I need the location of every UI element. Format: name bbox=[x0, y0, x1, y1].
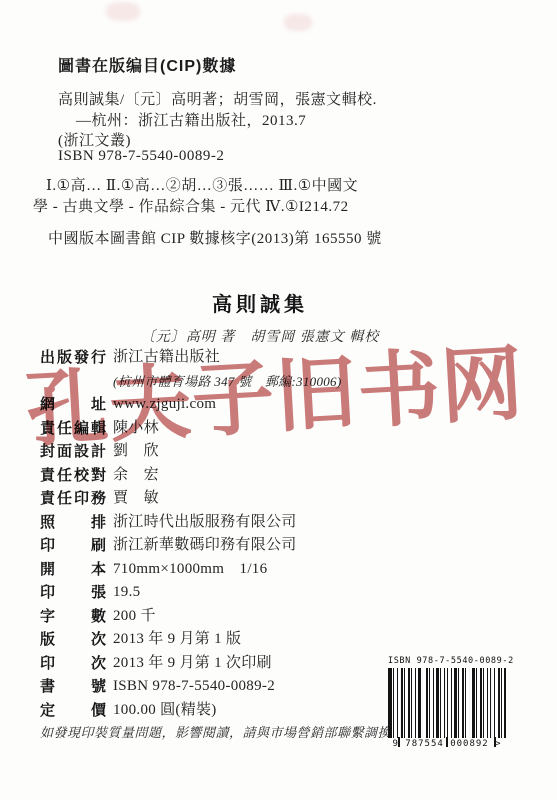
colophon-row-label: 出版發行 bbox=[40, 346, 106, 370]
colophon-rows: 出版發行 浙江古籍出版社 (杭州市體育場路 347 號 郵編:310006) 網… bbox=[40, 346, 440, 722]
barcode-guard-mid bbox=[446, 737, 448, 747]
colophon-row: 照排 浙江時代出版服務有限公司 bbox=[40, 511, 440, 535]
colophon-row: 開本 710mm×1000mm 1/16 bbox=[40, 558, 440, 582]
colophon-row-label: 網址 bbox=[40, 393, 106, 417]
cip-record-number: 中國版本圖書館 CIP 數據核字(2013)第 165550 號 bbox=[48, 227, 382, 248]
colophon-row: 印刷 浙江新華數碼印務有限公司 bbox=[40, 534, 440, 558]
cip-entry-line1: 高則誠集/〔元〕高明著；胡雪岡，張憲文輯校. bbox=[58, 88, 377, 109]
colophon-row-value: 2013 年 9 月第 1 版 bbox=[113, 628, 241, 652]
colophon-row-value: 浙江古籍出版社 bbox=[113, 346, 220, 370]
colophon-row: 版次 2013 年 9 月第 1 版 bbox=[40, 628, 440, 652]
colophon-row-label: 責任編輯 bbox=[40, 417, 106, 441]
colophon-row-label: 字數 bbox=[40, 605, 106, 629]
cip-classification-line2: 學 - 古典文學 - 作品綜合集 - 元代 Ⅳ.①I214.72 bbox=[33, 195, 349, 216]
colophon-row-value: www.zjguji.com bbox=[113, 393, 216, 417]
isbn-barcode: ISBN 978-7-5540-0089-2 9 787554 000892 > bbox=[388, 656, 506, 750]
colophon-row-value: 710mm×1000mm 1/16 bbox=[113, 558, 267, 582]
colophon-row-value: 賈 敏 bbox=[113, 487, 159, 511]
colophon-row-value: 19.5 bbox=[113, 581, 140, 605]
colophon-row: 責任編輯 陳小林 bbox=[40, 417, 440, 441]
barcode-bars bbox=[388, 668, 506, 738]
cip-series-note: (浙江文叢) bbox=[58, 129, 131, 150]
colophon-row: 書號 ISBN 978-7-5540-0089-2 bbox=[40, 675, 440, 699]
colophon-row-value: 陳小林 bbox=[113, 417, 159, 441]
colophon-row: 責任印務 賈 敏 bbox=[40, 487, 440, 511]
colophon-row-value: 余 宏 bbox=[113, 464, 159, 488]
colophon-row-value: 浙江時代出版服務有限公司 bbox=[113, 511, 297, 535]
colophon-row-label: 書號 bbox=[40, 675, 106, 699]
barcode-guard-right bbox=[494, 737, 496, 747]
colophon-row: 網址 www.zjguji.com bbox=[40, 393, 440, 417]
colophon-row-value: (杭州市體育場路 347 號 郵編:310006) bbox=[113, 370, 342, 394]
colophon-row-label: 印次 bbox=[40, 652, 106, 676]
colophon-row-label: 責任印務 bbox=[40, 487, 106, 511]
colophon-row-label: 印刷 bbox=[40, 534, 106, 558]
colophon-row: 印次 2013 年 9 月第 1 次印刷 bbox=[40, 652, 440, 676]
colophon-row-label: 開本 bbox=[40, 558, 106, 582]
watermark-fragment bbox=[284, 14, 312, 31]
cip-isbn-line: ISBN 978-7-5540-0089-2 bbox=[58, 148, 224, 165]
colophon-row: 出版發行 浙江古籍出版社 bbox=[40, 346, 440, 370]
colophon-row: 印張 19.5 bbox=[40, 581, 440, 605]
book-title: 高則誠集 bbox=[40, 288, 480, 317]
book-byline: 〔元〕高明 著 胡雪岡 張憲文 輯校 bbox=[40, 326, 480, 346]
colophon-row-label: 封面設計 bbox=[40, 440, 106, 464]
barcode-isbn-text: ISBN 978-7-5540-0089-2 bbox=[388, 656, 506, 666]
cip-classification-line1: Ⅰ.①高… Ⅱ.①高…②胡…③張…… Ⅲ.①中國文 bbox=[46, 174, 358, 195]
colophon-row-label: 版次 bbox=[40, 628, 106, 652]
quality-note: 如發現印裝質量問題，影響閱讀，請與市場營銷部聯繫調換。 bbox=[40, 722, 405, 741]
watermark-fragment bbox=[106, 2, 140, 21]
colophon-row-label: 定價 bbox=[40, 699, 106, 723]
colophon-row-label: 責任校對 bbox=[40, 464, 106, 488]
barcode-digits: 9 787554 000892 > bbox=[388, 739, 506, 750]
colophon-row-value: 浙江新華數碼印務有限公司 bbox=[113, 534, 297, 558]
barcode-guard-left bbox=[398, 737, 400, 747]
colophon-row-label: 印張 bbox=[40, 581, 106, 605]
cip-heading: 圖書在版编目(CIP)數據 bbox=[58, 53, 236, 76]
colophon-row-value: 100.00 圓(精裝) bbox=[113, 699, 217, 723]
book-colophon-page: 圖書在版编目(CIP)數據 高則誠集/〔元〕高明著；胡雪岡，張憲文輯校. —杭州… bbox=[0, 0, 557, 800]
colophon-row-label bbox=[40, 370, 106, 394]
colophon-row-value: 劉 欣 bbox=[113, 440, 159, 464]
colophon-row: (杭州市體育場路 347 號 郵編:310006) bbox=[40, 370, 440, 394]
colophon-row-value: 200 千 bbox=[113, 605, 156, 629]
colophon-row: 封面設計 劉 欣 bbox=[40, 440, 440, 464]
colophon-row: 字數 200 千 bbox=[40, 605, 440, 629]
cip-entry-line2: —杭州：浙江古籍出版社，2013.7 bbox=[76, 109, 306, 130]
colophon-row-value: 2013 年 9 月第 1 次印刷 bbox=[113, 652, 272, 676]
barcode-arrow: > bbox=[495, 739, 501, 749]
colophon-row: 責任校對 余 宏 bbox=[40, 464, 440, 488]
colophon-row-value: ISBN 978-7-5540-0089-2 bbox=[113, 675, 275, 699]
colophon-row-label: 照排 bbox=[40, 511, 106, 535]
barcode-digit-string: 9 787554 000892 bbox=[392, 739, 488, 749]
colophon-row: 定價 100.00 圓(精裝) bbox=[40, 699, 440, 723]
